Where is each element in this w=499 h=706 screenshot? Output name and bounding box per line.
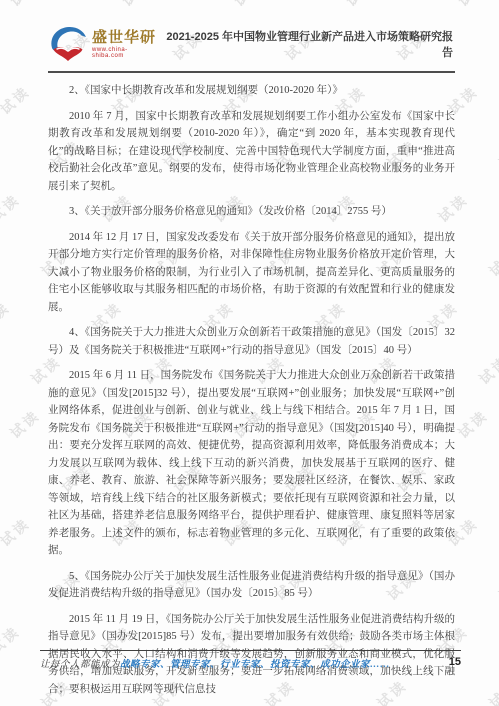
trial-read-watermark: 试读 xyxy=(495,567,499,605)
book-swoosh-logo-icon xyxy=(48,25,88,63)
document-page: 试读试读试读试读试读试读试读试读试读试读试读试读试读试读试读试读试读试读试读试读… xyxy=(0,0,499,706)
trial-read-watermark: 试读 xyxy=(495,135,499,173)
header-divider xyxy=(48,71,455,73)
section-heading: 5、《国务院办公厅关于加快发展生活性服务业促进消费结构升级的指导意见》（国办发促… xyxy=(48,568,455,603)
footer-slogan-highlight: 战略专家、管理专家、行业专家、投资专家、成功企业家…… xyxy=(120,660,390,670)
trial-read-watermark: 试读 xyxy=(485,675,499,706)
logo-website-url: www.china-shiba.com xyxy=(92,47,158,59)
company-logo: 盛世华研 www.china-shiba.com xyxy=(48,25,158,63)
section-heading: 2、《国家中长期教育改革和发展规划纲要（2010-2020 年）》 xyxy=(48,82,455,100)
section-heading: 4、《国务院关于大力推进大众创业万众创新若干政策措施的意见》（国发〔2015〕3… xyxy=(48,324,455,359)
logo-text-block: 盛世华研 www.china-shiba.com xyxy=(92,30,158,59)
trial-read-watermark: 试读 xyxy=(0,513,34,551)
trial-read-watermark: 试读 xyxy=(0,189,24,227)
trial-read-watermark: 试读 xyxy=(454,405,493,443)
page-footer: 让每个人都能成为战略专家、管理专家、行业专家、投资专家、成功企业家…… 15 xyxy=(40,656,461,670)
footer-slogan-prefix: 让每个人都能成为 xyxy=(40,660,120,670)
trial-read-watermark: 试读 xyxy=(485,243,499,281)
body-paragraph: 2014 年 12 月 17 日，国家发改委发布《关于放开部分服务价格意见的通知… xyxy=(48,229,455,317)
trial-read-watermark: 试读 xyxy=(0,297,14,335)
body-paragraph: 2015 年 11 月 19 日，《国务院办公厅关于加快发展生活性服务业促进消费… xyxy=(48,611,455,699)
logo-company-name: 盛世华研 xyxy=(92,30,158,46)
page-number: 15 xyxy=(449,656,461,668)
report-title: 2021-2025 年中国物业管理行业新产品进入市场策略研究报告 xyxy=(158,28,453,63)
body-paragraph: 2010 年 7 月，国家中长期教育改革和发展规划纲要工作小组办公室发布《国家中… xyxy=(48,108,455,196)
trial-read-watermark: 试读 xyxy=(475,351,499,389)
trial-read-watermark: 试读 xyxy=(230,0,269,11)
trial-read-watermark: 试读 xyxy=(118,0,157,11)
document-body: 2、《国家中长期教育改革和发展规划纲要（2010-2020 年）》2010 年 … xyxy=(48,82,455,698)
trial-read-watermark: 试读 xyxy=(0,81,34,119)
trial-read-watermark: 试读 xyxy=(6,0,45,11)
body-paragraph: 2015 年 6 月 11 日，国务院发布《国务院关于大力推进大众创业万众创新若… xyxy=(48,367,455,560)
footer-divider xyxy=(40,650,461,651)
trial-read-watermark: 试读 xyxy=(0,621,24,659)
trial-read-watermark: 试读 xyxy=(342,0,381,11)
page-header: 盛世华研 www.china-shiba.com 2021-2025 年中国物业… xyxy=(48,25,453,63)
footer-slogan: 让每个人都能成为战略专家、管理专家、行业专家、投资专家、成功企业家…… xyxy=(40,656,390,670)
section-heading: 3、《关于放开部分服务价格意见的通知》（发改价格〔2014〕2755 号） xyxy=(48,203,455,221)
trial-read-watermark: 试读 xyxy=(454,0,493,11)
trial-read-watermark: 试读 xyxy=(6,405,45,443)
